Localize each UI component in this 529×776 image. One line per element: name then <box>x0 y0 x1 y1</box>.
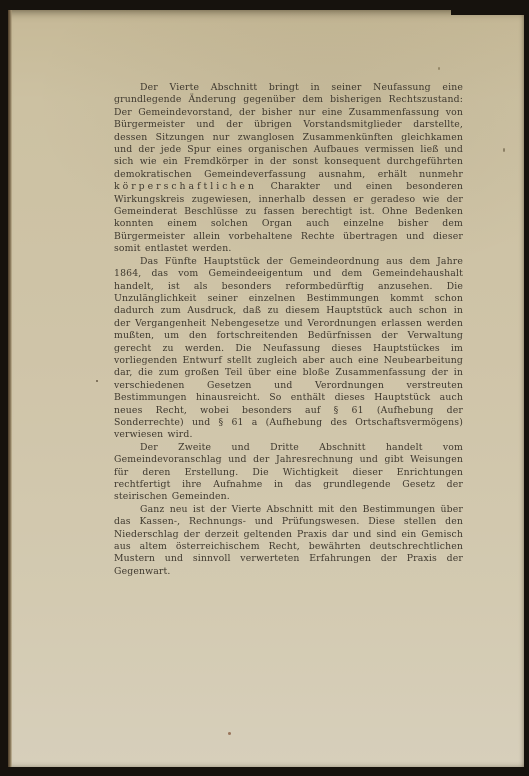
scan-speck <box>96 380 98 382</box>
body-text: Der Vierte Abschnitt bringt in seiner Ne… <box>114 82 463 578</box>
paragraph-2-text: Das Fünfte Hauptstück der Gemeindeordnun… <box>114 256 463 441</box>
document-page: Der Vierte Abschnitt bringt in seiner Ne… <box>8 10 524 767</box>
paragraph-4: Ganz neu ist der Vierte Abschnitt mit de… <box>114 504 463 578</box>
paragraph-2: Das Fünfte Hauptstück der Gemeindeordnun… <box>114 256 463 442</box>
scan-speck <box>503 148 505 152</box>
paragraph-1: Der Vierte Abschnitt bringt in seiner Ne… <box>114 82 463 256</box>
scan-border-top-step <box>451 0 529 15</box>
scan-speck <box>228 732 231 735</box>
paragraph-4-text: Ganz neu ist der Vierte Abschnitt mit de… <box>114 504 463 577</box>
scanned-document: { "colors": { "surround": "#16120d", "pa… <box>0 0 529 776</box>
paragraph-3: Der Zweite und Dritte Abschnitt handelt … <box>114 442 463 504</box>
paragraph-1-text: Der Vierte Abschnitt bringt in seiner Ne… <box>114 82 463 180</box>
paragraph-3-text: Der Zweite und Dritte Abschnitt handelt … <box>114 442 463 503</box>
scan-speck <box>438 67 440 70</box>
emphasized-term: körperschaftlichen <box>114 181 257 192</box>
